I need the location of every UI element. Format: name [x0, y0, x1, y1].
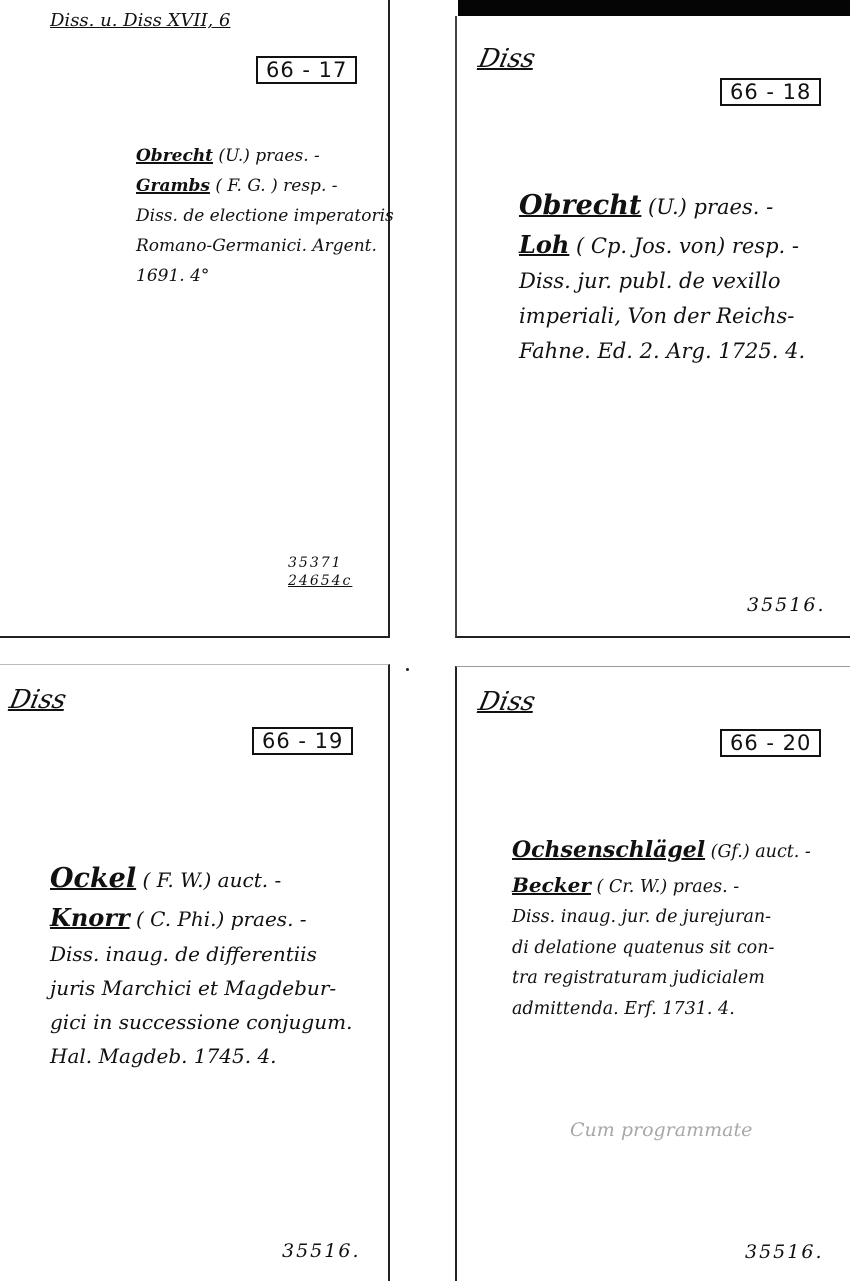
entry-line: Diss. inaug. jur. de jurejuran- — [512, 909, 811, 927]
entry-line: 1691. 4° — [136, 268, 394, 285]
call-number: 66 - 19 — [252, 727, 353, 755]
entry-line: imperiali, Von der Reichs- — [519, 306, 805, 327]
entry-line: admittenda. Erf. 1731. 4. — [512, 1001, 811, 1019]
accession-number: 35516. — [745, 1241, 823, 1263]
entry-line: Grambs ( F. G. ) resp. - — [136, 178, 394, 195]
entry-line: Ochsenschlägel (Gf.) auct. - — [512, 839, 811, 862]
accession-number: 35516. — [282, 1240, 360, 1262]
call-number: 66 - 17 — [256, 56, 357, 84]
entry-line: Loh ( Cp. Jos. von) resp. - — [519, 233, 805, 257]
entry-line: juris Marchici et Magdebur- — [50, 978, 352, 998]
accession-numbers: 35371 24654c — [288, 554, 352, 590]
entry-line: Romano-Germanici. Argent. — [136, 238, 394, 255]
catalog-entry: Obrecht (U.) praes. - Grambs ( F. G. ) r… — [136, 148, 394, 285]
diss-mark: Diss — [476, 44, 538, 74]
entry-line: Becker ( Cr. W.) praes. - — [512, 875, 811, 897]
call-number: 66 - 20 — [720, 729, 821, 757]
catalog-card-66-19: Diss 66 - 19 Ockel ( F. W.) auct. - Knor… — [0, 664, 390, 1281]
entry-line: Diss. de electione imperatoris — [136, 208, 394, 225]
entry-line: tra registraturam judicialem — [512, 970, 811, 988]
shelf-note: Diss. u. Diss XVII, 6 — [50, 10, 230, 31]
entry-line: di delatione quatenus sit con- — [512, 940, 811, 958]
entry-line: Fahne. Ed. 2. Arg. 1725. 4. — [519, 341, 805, 362]
scan-edge-bar — [458, 0, 850, 16]
scan-speck — [406, 668, 409, 671]
catalog-entry: Ochsenschlägel (Gf.) auct. - Becker ( Cr… — [512, 839, 811, 1018]
diss-mark: Diss — [7, 685, 69, 715]
catalog-card-66-17: Diss. u. Diss XVII, 6 66 - 17 Obrecht (U… — [0, 0, 390, 638]
catalog-entry: Obrecht (U.) praes. - Loh ( Cp. Jos. von… — [519, 192, 805, 362]
pencil-note: Cum programmate — [570, 1119, 752, 1141]
entry-line: Obrecht (U.) praes. - — [136, 148, 394, 165]
accession-number: 35516. — [747, 594, 825, 616]
catalog-entry: Ockel ( F. W.) auct. - Knorr ( C. Phi.) … — [50, 865, 352, 1066]
entry-line: Diss. jur. publ. de vexillo — [519, 271, 805, 292]
catalog-card-66-20: Diss 66 - 20 Ochsenschlägel (Gf.) auct. … — [455, 666, 850, 1281]
entry-line: Diss. inaug. de differentiis — [50, 944, 352, 964]
catalog-card-66-18: Diss 66 - 18 Obrecht (U.) praes. - Loh (… — [455, 16, 850, 638]
entry-line: Obrecht (U.) praes. - — [519, 192, 805, 219]
entry-line: Hal. Magdeb. 1745. 4. — [50, 1046, 352, 1066]
call-number: 66 - 18 — [720, 78, 821, 106]
entry-line: Ockel ( F. W.) auct. - — [50, 865, 352, 892]
entry-line: Knorr ( C. Phi.) praes. - — [50, 906, 352, 930]
diss-mark: Diss — [476, 687, 538, 717]
entry-line: gici in successione conjugum. — [50, 1012, 352, 1032]
